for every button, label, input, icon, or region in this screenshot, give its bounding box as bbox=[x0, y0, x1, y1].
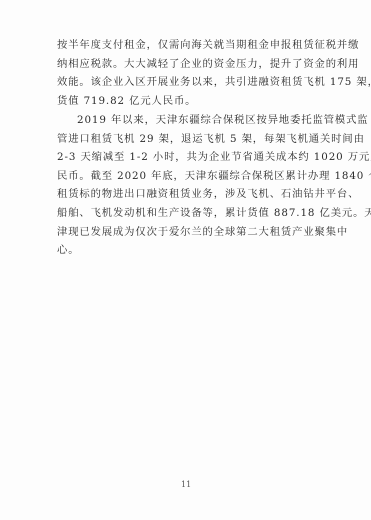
paragraph-2: 2019 年以来，天津东疆综合保税区按异地委托监管模式监 管进口租赁飞机 29 … bbox=[57, 111, 335, 260]
document-page: 按半年度支付租金，仅需向海关就当期租金申报租赁征税并缴 纳相应税款。大大减轻了企… bbox=[0, 0, 371, 520]
text-line: 租赁标的物进出口融资租赁业务，涉及飞机、石油钻井平台、 bbox=[57, 185, 335, 204]
page-number: 11 bbox=[181, 480, 191, 489]
text-line: 2019 年以来，天津东疆综合保税区按异地委托监管模式监 bbox=[57, 111, 335, 130]
text-line: 效能。该企业入区开展业务以来，共引进融资租赁飞机 175 架， bbox=[57, 73, 335, 92]
text-line: 纳相应税款。大大减轻了企业的资金压力，提升了资金的利用 bbox=[57, 55, 335, 74]
text-line: 按半年度支付租金，仅需向海关就当期租金申报租赁征税并缴 bbox=[57, 36, 335, 55]
text-line: 民币。截至 2020 年底，天津东疆综合保税区累计办理 1840 个 bbox=[57, 167, 335, 186]
paragraph-1: 按半年度支付租金，仅需向海关就当期租金申报租赁征税并缴 纳相应税款。大大减轻了企… bbox=[57, 36, 335, 110]
text-line: 2-3 天缩减至 1-2 小时，共为企业节省通关成本约 1020 万元人 bbox=[57, 148, 335, 167]
text-line: 货值 719.82 亿元人民币。 bbox=[57, 92, 335, 111]
text-line: 津现已发展成为仅次于爱尔兰的全球第二大租赁产业聚集中 bbox=[57, 223, 335, 242]
text-line: 管进口租赁飞机 29 架，退运飞机 5 架，每架飞机通关时间由 bbox=[57, 130, 335, 149]
text-line: 船舶、飞机发动机和生产设备等，累计货值 887.18 亿美元。天 bbox=[57, 204, 335, 223]
text-line: 心。 bbox=[57, 241, 335, 260]
